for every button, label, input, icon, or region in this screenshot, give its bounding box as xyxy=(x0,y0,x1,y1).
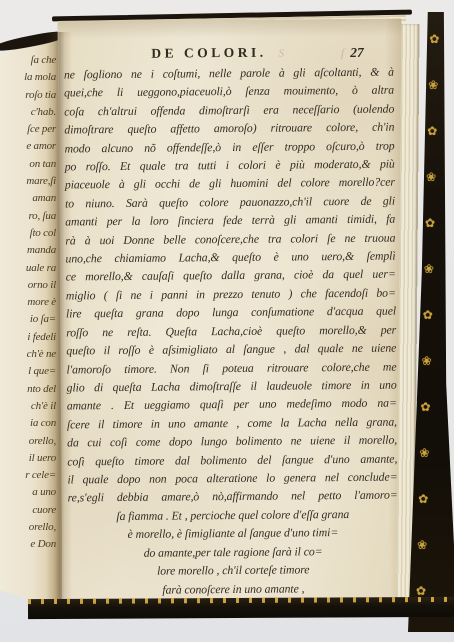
page-body-text: ne ſogliono ne i coſtumi, nelle parole à… xyxy=(64,63,398,508)
showthrough-mark: S xyxy=(279,48,285,60)
gutter-shadow xyxy=(46,32,72,606)
binding-bottom-edge xyxy=(28,597,454,619)
showthrough-flourish: ſ xyxy=(341,46,344,60)
page-ending-text: ſa fiamma . Et , percioche quel colore d… xyxy=(68,505,399,600)
running-title: DE COLORI. xyxy=(151,45,266,61)
page-number-group: ſ 27 xyxy=(341,44,364,62)
book-photograph: ſa che la mola roſo tia c'hab. ſce per e… xyxy=(0,0,454,642)
page-header: DE COLORI. S ſ 27 xyxy=(58,43,402,64)
gilt-dotted-edge xyxy=(28,597,454,604)
page-number: 27 xyxy=(350,45,364,60)
book-page: DE COLORI. S ſ 27 ne ſogliono ne i coſtu… xyxy=(57,19,406,610)
